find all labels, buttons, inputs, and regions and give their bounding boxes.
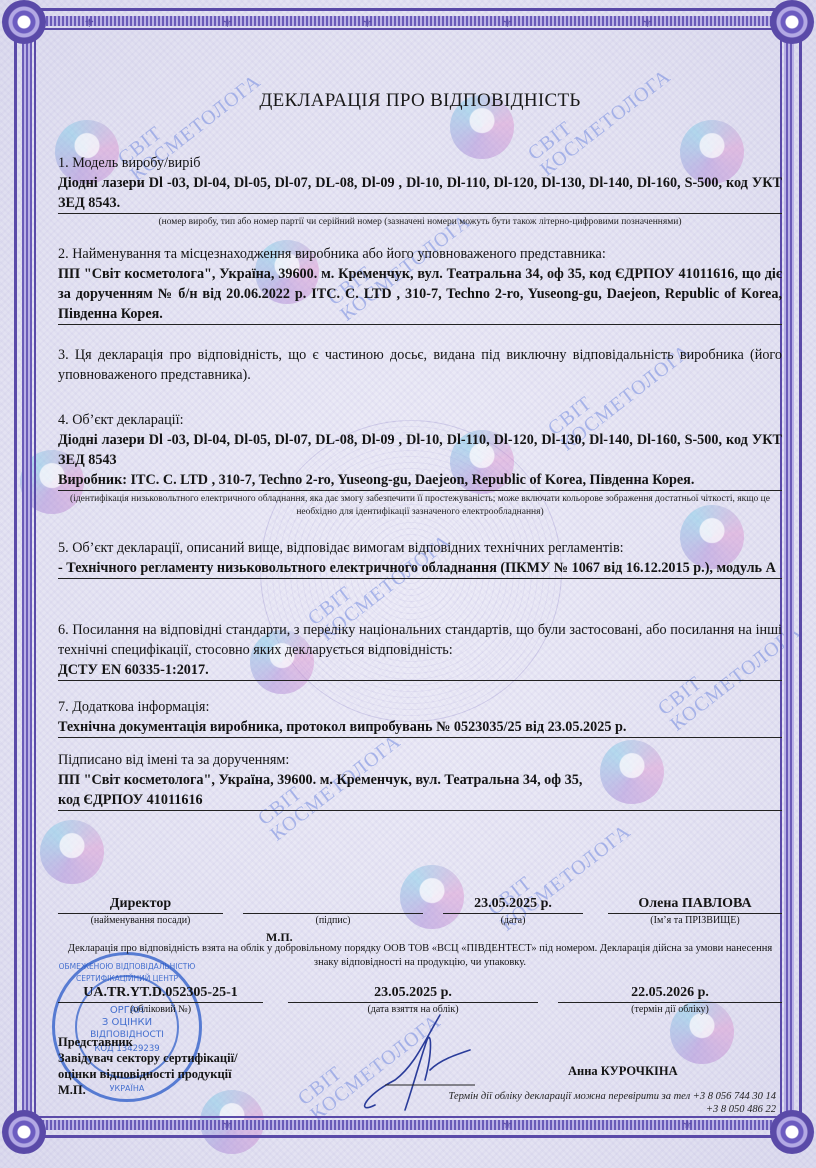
representative-block: Представник Завідувач сектору сертифікац… [58,1034,238,1098]
section-3-text: 3. Ця декларація про відповідність, що є… [58,345,782,385]
representative-line1: Представник [58,1034,238,1050]
section-1-value: Діодні лазери Dl -03, Dl-04, Dl-05, Dl-0… [58,173,782,214]
section-4-manufacturer: Виробник: ITC. C. LTD , 310-7, Techno 2-… [58,470,782,491]
position-field: Директор (найменування посади) [58,895,223,928]
fleur-ornament-icon: ⚜ [222,1118,230,1132]
fleur-ornament-icon: ⚜ [642,16,650,30]
section-6-label: 6. Посилання на відповідні стандарти, з … [58,620,782,660]
position-caption: (найменування посади) [58,914,223,928]
date-field: 23.05.2025 р. (дата) [443,895,583,928]
date-value: 23.05.2025 р. [443,895,583,914]
section-2-manufacturer: 2. Найменування та місцезнаходження виро… [58,244,782,325]
fleur-ornament-icon: ⚜ [502,1118,510,1132]
section-2-label: 2. Найменування та місцезнаходження виро… [58,244,782,264]
name-value: Олена ПАВЛОВА [608,895,782,914]
registration-number-caption: (обліковий №) [58,1003,263,1017]
footer-line2: +3 8 050 486 22 [449,1103,776,1116]
corner-ornament-icon [770,1110,814,1154]
section-4-object: 4. Об’єкт декларації: Діодні лазери Dl -… [58,410,782,519]
validity-value: 22.05.2026 р. [558,984,782,1003]
signed-value-line2: код ЄДРПОУ 41011616 [58,790,782,811]
footer-verification-note: Термін дії обліку декларації можна перев… [449,1090,776,1116]
fleur-ornament-icon: ⚜ [682,1118,690,1132]
fleur-ornament-icon: ⚜ [222,16,230,30]
date-caption: (дата) [443,914,583,928]
representative-line4: М.П. [58,1082,238,1098]
section-6-standards: 6. Посилання на відповідні стандарти, з … [58,620,782,681]
fleur-ornament-icon: ⚜ [84,16,92,30]
registration-date-value: 23.05.2025 р. [288,984,538,1003]
section-2-value: ПП "Світ косметолога", Україна, 39600. м… [58,264,782,325]
fleur-ornament-icon: ⚜ [362,16,370,30]
validity-caption: (термін дії обліку) [558,1003,782,1017]
section-1-label: 1. Модель виробу/виріб [58,153,782,173]
section-5-label: 5. Об’єкт декларації, описаний вище, від… [58,538,782,558]
signature-row: Директор (найменування посади) (підпис) … [58,895,782,935]
section-5-value: - Технічного регламенту низьковольтного … [58,558,782,579]
signature-field: (підпис) [243,895,423,928]
fleur-ornament-icon: ⚜ [502,16,510,30]
section-4-label: 4. Об’єкт декларації: [58,410,782,430]
validity-field: 22.05.2026 р. (термін дії обліку) [558,984,782,1017]
representative-line3: оцінки відповідності продукції [58,1066,238,1082]
name-field: Олена ПАВЛОВА (Ім’я та ПРІЗВИЩЕ) [608,895,782,928]
section-4-hint: (ідентифікація низьковольтного електричн… [58,493,782,519]
corner-ornament-icon [770,0,814,44]
signed-label: Підписано від імені та за дорученням: [58,750,782,770]
section-1-model: 1. Модель виробу/виріб Діодні лазери Dl … [58,153,782,229]
corner-ornament-icon [2,1110,46,1154]
registration-date-caption: (дата взяття на облік) [288,1003,538,1017]
page-title: ДЕКЛАРАЦІЯ ПРО ВІДПОВІДНІСТЬ [58,90,782,112]
section-4-value: Діодні лазери Dl -03, Dl-04, Dl-05, Dl-0… [58,430,782,470]
registration-number-value: UA.TR.YT.D.052305-25-1 [58,984,263,1003]
signature-caption: (підпис) [243,914,423,928]
corner-ornament-icon [2,0,46,44]
section-7-additional-info: 7. Додаткова інформація: Технічна докуме… [58,697,782,738]
registration-date-field: 23.05.2025 р. (дата взяття на облік) [288,984,538,1017]
section-5-regulations: 5. Об’єкт декларації, описаний вище, від… [58,538,782,579]
footer-line1: Термін дії обліку декларації можна перев… [449,1090,776,1103]
registration-note: Декларація про відповідність взята на об… [58,942,782,970]
section-3-responsibility: 3. Ця декларація про відповідність, що є… [58,345,782,385]
section-1-hint: (номер виробу, тип або номер партії чи с… [58,216,782,229]
signed-on-behalf: Підписано від імені та за дорученням: ПП… [58,750,782,811]
signature-value [243,895,423,914]
representative-line2: Завідувач сектору сертифікації/ [58,1050,238,1066]
representative-name: Анна КУРОЧКІНА [568,1064,678,1079]
registration-row: UA.TR.YT.D.052305-25-1 (обліковий №) 23.… [58,984,782,1024]
section-6-value: ДСТУ EN 60335-1:2017. [58,660,782,681]
registration-number-field: UA.TR.YT.D.052305-25-1 (обліковий №) [58,984,263,1017]
position-value: Директор [58,895,223,914]
signed-value-line1: ПП "Світ косметолога", Україна, 39600. м… [58,770,782,790]
section-7-label: 7. Додаткова інформація: [58,697,782,717]
name-caption: (Ім’я та ПРІЗВИЩЕ) [608,914,782,928]
section-7-value: Технічна документація виробника, протоко… [58,717,782,738]
